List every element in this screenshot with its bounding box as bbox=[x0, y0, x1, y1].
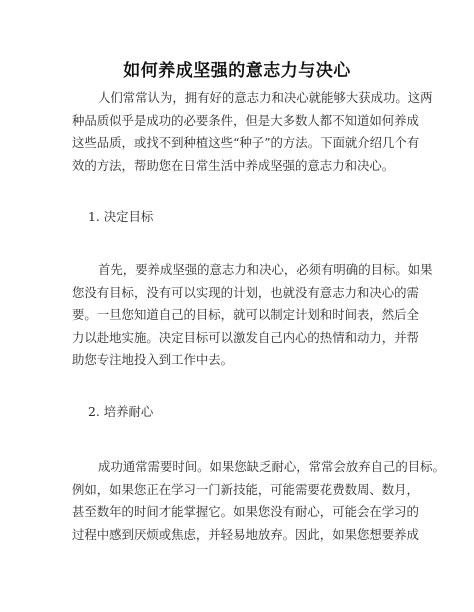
intro-line: 效的方法，帮助您在日常生活中养成坚强的意志力和决心。 bbox=[72, 155, 408, 178]
section-2-paragraph: 成功通常需要时间。如果您缺乏耐心，常常会放弃自己的目标。 例如，如果您正在学习一… bbox=[72, 456, 408, 546]
intro-line: 种品质似乎是成功的必要条件，但是大多数人都不知道如何养成 bbox=[72, 110, 408, 133]
section-2-line: 例如，如果您正在学习一门新技能，可能需要花费数周、数月， bbox=[72, 479, 408, 502]
document-page: 如何养成坚强的意志力与决心 人们常常认为，拥有好的意志力和决心就能够大获成功。这… bbox=[0, 0, 474, 612]
section-1-line: 首先，要养成坚强的意志力和决心，必须有明确的目标。如果 bbox=[72, 259, 408, 282]
section-2-line: 甚至数年的时间才能掌握它。如果您没有耐心，可能会在学习的 bbox=[72, 501, 408, 524]
document-title: 如何养成坚强的意志力与决心 bbox=[0, 56, 474, 81]
section-heading-1: 1. 决定目标 bbox=[88, 207, 153, 225]
intro-paragraph: 人们常常认为，拥有好的意志力和决心就能够大获成功。这两 种品质似乎是成功的必要条… bbox=[72, 87, 408, 177]
section-1-paragraph: 首先，要养成坚强的意志力和决心，必须有明确的目标。如果 您没有目标，没有可以实现… bbox=[72, 259, 408, 372]
section-1-line: 助您专注地投入到工作中去。 bbox=[72, 349, 408, 372]
section-2-line: 过程中感到厌烦或焦虑，并轻易地放弃。因此，如果您想要养成 bbox=[72, 524, 408, 547]
section-1-line: 要。一旦您知道自己的目标，就可以制定计划和时间表，然后全 bbox=[72, 304, 408, 327]
section-2-line: 成功通常需要时间。如果您缺乏耐心，常常会放弃自己的目标。 bbox=[72, 456, 408, 479]
section-heading-2: 2. 培养耐心 bbox=[88, 402, 153, 420]
intro-line: 人们常常认为，拥有好的意志力和决心就能够大获成功。这两 bbox=[72, 87, 408, 110]
section-1-line: 您没有目标，没有可以实现的计划，也就没有意志力和决心的需 bbox=[72, 282, 408, 305]
section-1-line: 力以赴地实施。决定目标可以激发自己内心的热情和动力，并帮 bbox=[72, 327, 408, 350]
intro-line: 这些品质，或找不到种植这些“种子”的方法。下面就介绍几个有 bbox=[72, 132, 408, 155]
